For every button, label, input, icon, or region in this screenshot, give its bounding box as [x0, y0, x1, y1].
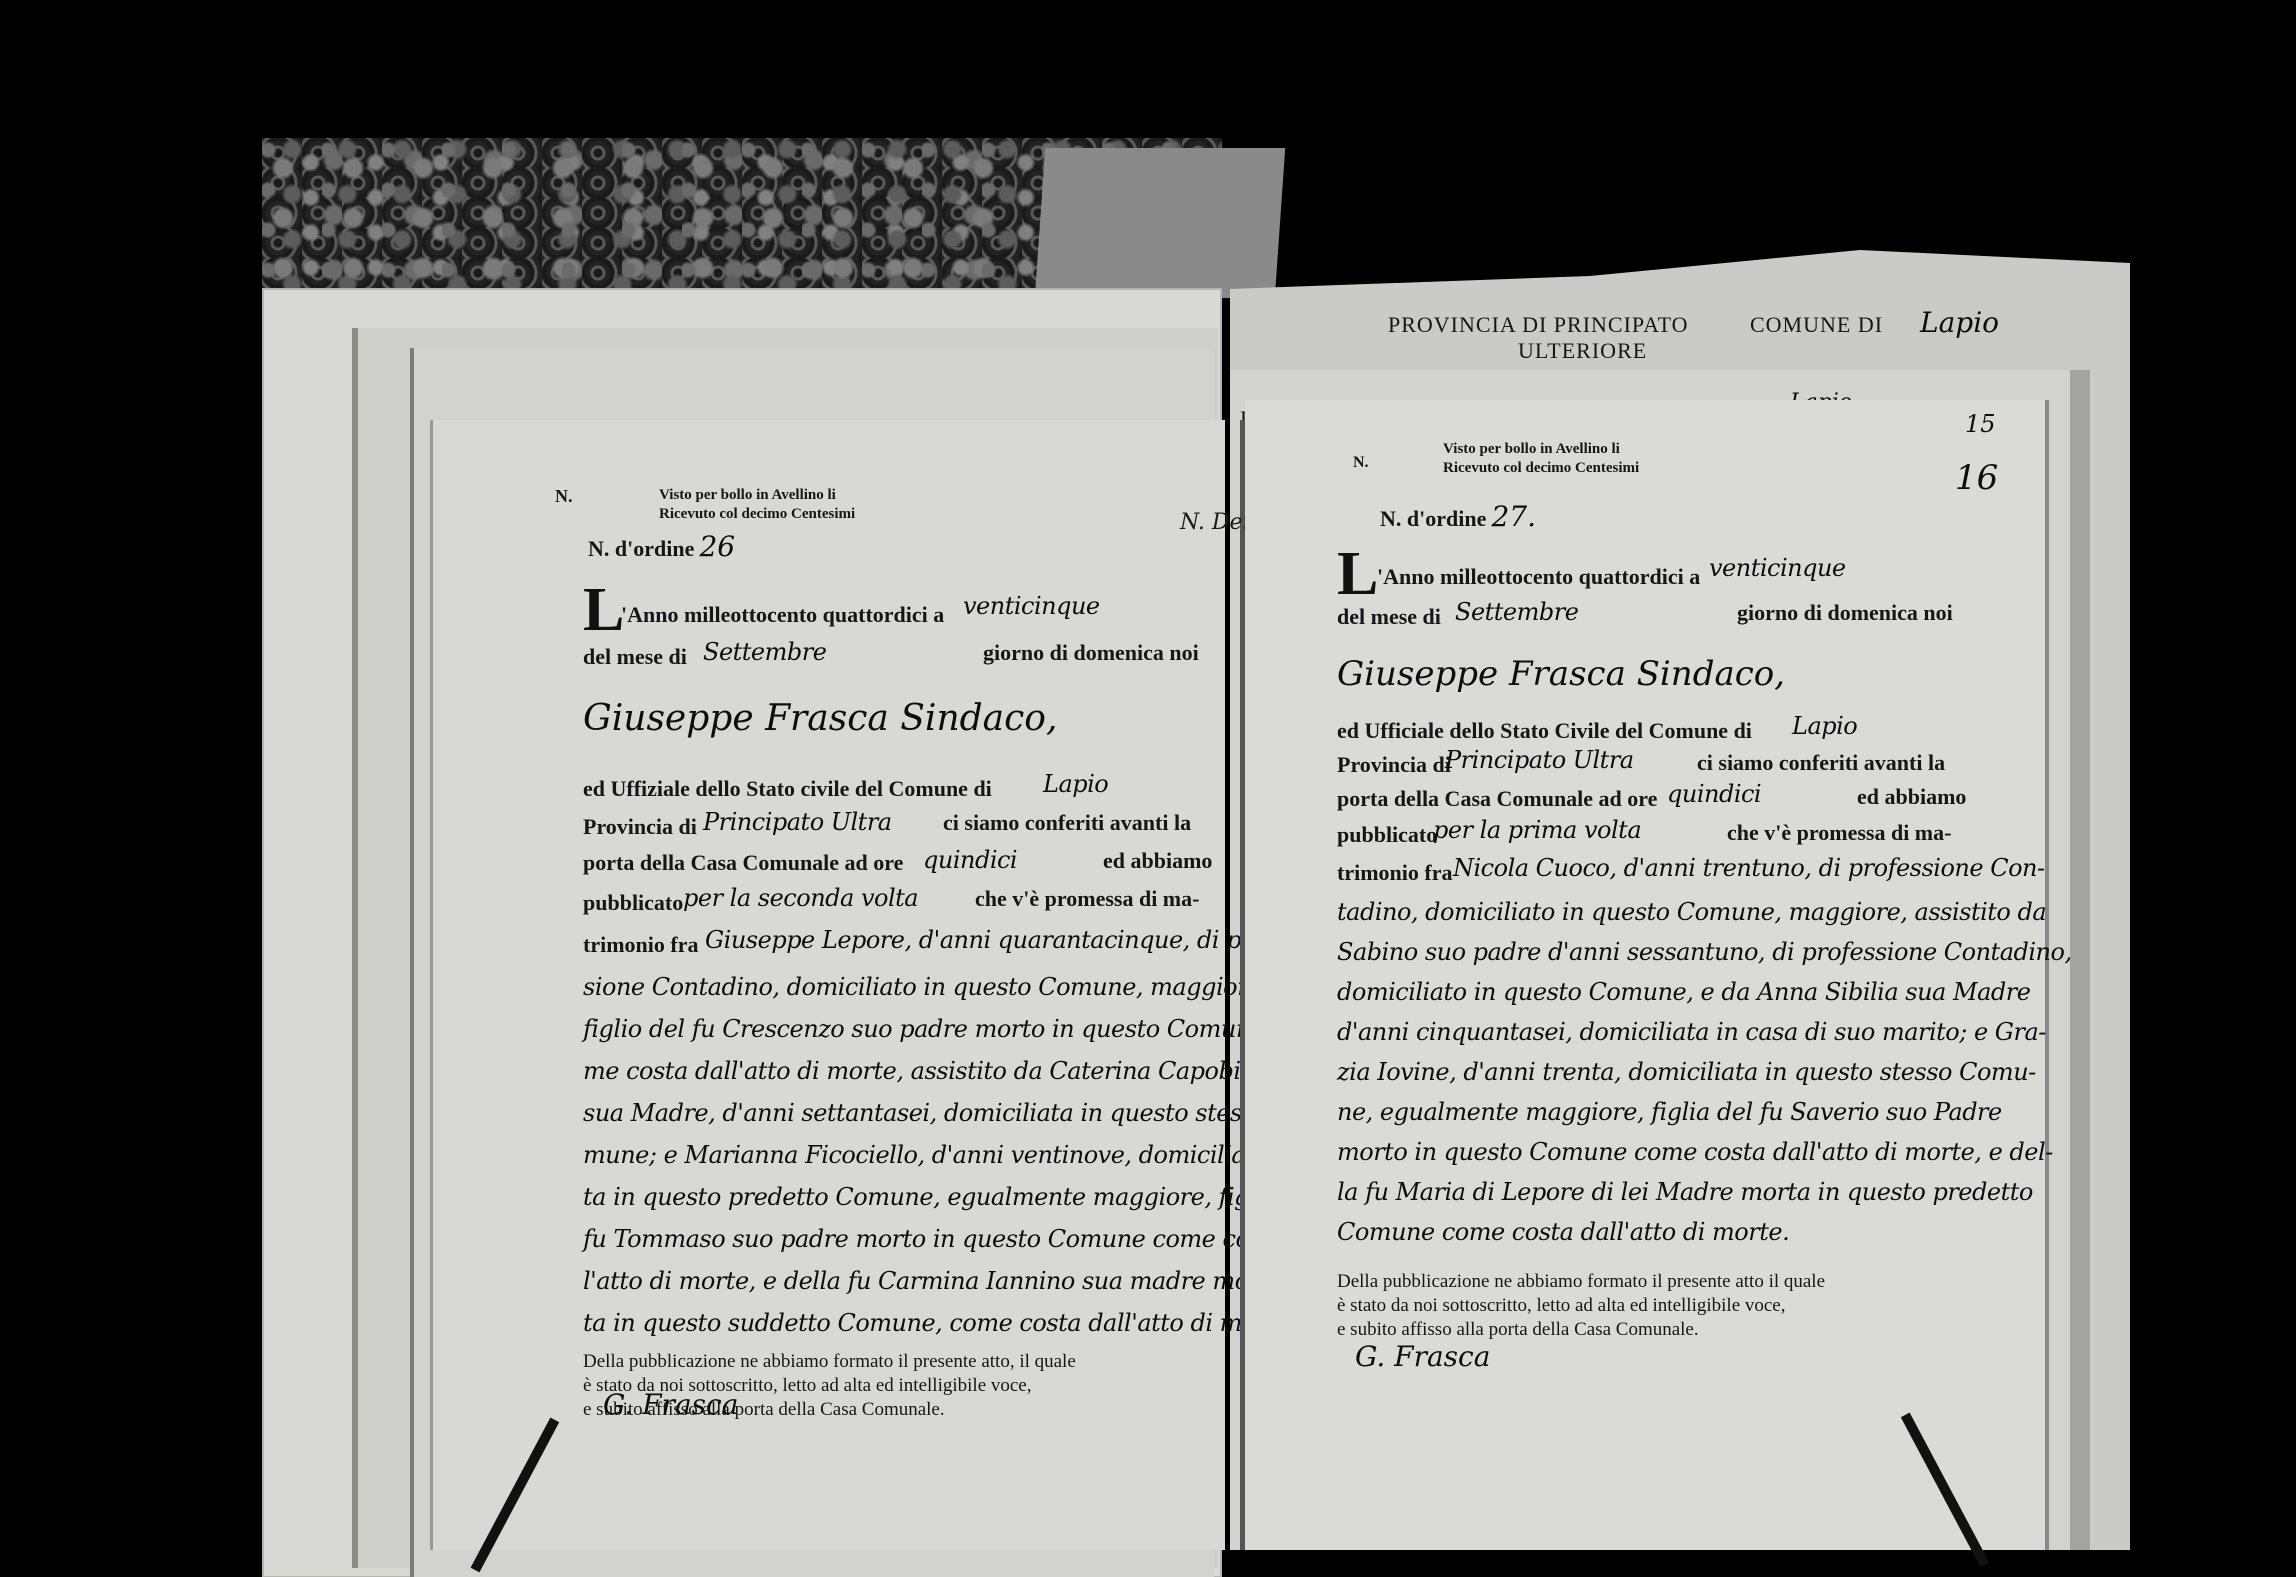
cloth-binding-tab: [1035, 148, 1285, 298]
right-line-12: zia Iovine, d'anni trenta, domiciliata i…: [1337, 1052, 1957, 1092]
right-line-0: L 'Anno milleottocento quattordici a ven…: [1337, 550, 1957, 592]
right-line-2: Giuseppe Frasca Sindaco,: [1337, 640, 1957, 710]
left-line-11: sua Madre, d'anni settantasei, domicilia…: [583, 1092, 1203, 1134]
right-signature: G. Frasca: [1355, 1340, 1490, 1373]
right-line-6: pubblicato per la prima volta che v'è pr…: [1337, 816, 1957, 852]
left-line-6: pubblicato per la seconda volta che v'è …: [583, 882, 1203, 922]
left-stamp: Visto per bollo in Avellino li Ricevuto …: [659, 486, 855, 524]
left-body: L 'Anno milleottocento quattordici a ven…: [583, 588, 1203, 1422]
right-line-1: del mese di Settembre giorno di domenica…: [1337, 592, 1957, 640]
comune-value: Lapio: [1920, 306, 1999, 339]
left-order-number: 26: [699, 530, 735, 563]
left-line-9: figlio del fu Crescenzo suo padre morto …: [583, 1008, 1203, 1050]
right-order: N. d'ordine 27.: [1380, 500, 1536, 533]
comune-label: COMUNE DI: [1750, 312, 1883, 338]
right-stamp: Visto per bollo in Avellino li Ricevuto …: [1443, 440, 1639, 478]
right-line-7: trimonio fra Nicola Cuoco, d'anni trentu…: [1337, 852, 1957, 892]
right-line-9: Sabino suo padre d'anni sessantuno, di p…: [1337, 932, 1957, 972]
right-body: L 'Anno milleottocento quattordici a ven…: [1337, 550, 1957, 1342]
right-line-10: domiciliato in questo Comune, e da Anna …: [1337, 972, 1957, 1012]
left-line-5: porta della Casa Comunale ad ore quindic…: [583, 844, 1203, 882]
right-n-label: N.: [1353, 454, 1369, 472]
left-signature: G. Frasca: [603, 1388, 738, 1421]
left-line-13: ta in questo predetto Comune, egualmente…: [583, 1176, 1203, 1218]
left-line-7: trimonio fra Giuseppe Lepore, d'anni qua…: [583, 922, 1203, 966]
right-line-13: ne, egualmente maggiore, figlia del fu S…: [1337, 1092, 1957, 1132]
left-line-0: L 'Anno milleottocento quattordici a ven…: [583, 588, 1203, 632]
left-line-2: Giuseppe Frasca Sindaco,: [583, 680, 1203, 762]
right-line-5: porta della Casa Comunale ad ore quindic…: [1337, 780, 1957, 816]
right-line-8: tadino, domiciliato in questo Comune, ma…: [1337, 892, 1957, 932]
left-line-14: fu Tommaso suo padre morto in questo Com…: [583, 1218, 1203, 1260]
right-line-3: ed Ufficiale dello Stato Civile del Comu…: [1337, 710, 1957, 746]
right-line-15: la fu Maria di Lepore di lei Madre morta…: [1337, 1172, 1957, 1212]
right-line-4: Provincia di Principato Ultra ci siamo c…: [1337, 746, 1957, 780]
province-header: PROVINCIA DI PRINCIPATO ULTERIORE: [1388, 312, 1689, 364]
left-order: N. d'ordine 26: [588, 530, 735, 563]
right-page: N. Visto per bollo in Avellino li Ricevu…: [1245, 400, 2049, 1550]
left-line-10: me costa dall'atto di morte, assistito d…: [583, 1050, 1203, 1092]
left-line-12: mune; e Marianna Ficociello, d'anni vent…: [583, 1134, 1203, 1176]
left-line-1: del mese di Settembre giorno di domenica…: [583, 632, 1203, 680]
left-n-label: N.: [555, 486, 573, 507]
right-line-11: d'anni cinquantasei, domiciliata in casa…: [1337, 1012, 1957, 1052]
folio-number-top: 15: [1965, 410, 1996, 438]
left-line-3: ed Uffiziale dello Stato civile del Comu…: [583, 762, 1203, 806]
folio-number-bottom: 16: [1955, 458, 1998, 498]
right-line-14: morto in questo Comune come costa dall'a…: [1337, 1132, 1957, 1172]
left-line-8: sione Contadino, domiciliato in questo C…: [583, 966, 1203, 1008]
left-line-15: l'atto di morte, e della fu Carmina Iann…: [583, 1260, 1203, 1302]
left-line-4: Provincia di Principato Ultra ci siamo c…: [583, 806, 1203, 844]
left-page: N. Visto per bollo in Avellino li Ricevu…: [430, 420, 1225, 1550]
left-line-16: ta in questo suddetto Comune, come costa…: [583, 1302, 1203, 1350]
right-order-number: 27.: [1491, 500, 1536, 533]
right-line-16: Comune come costa dall'atto di morte.: [1337, 1212, 1957, 1270]
right-closing: Della pubblicazione ne abbiamo formato i…: [1337, 1270, 1957, 1342]
